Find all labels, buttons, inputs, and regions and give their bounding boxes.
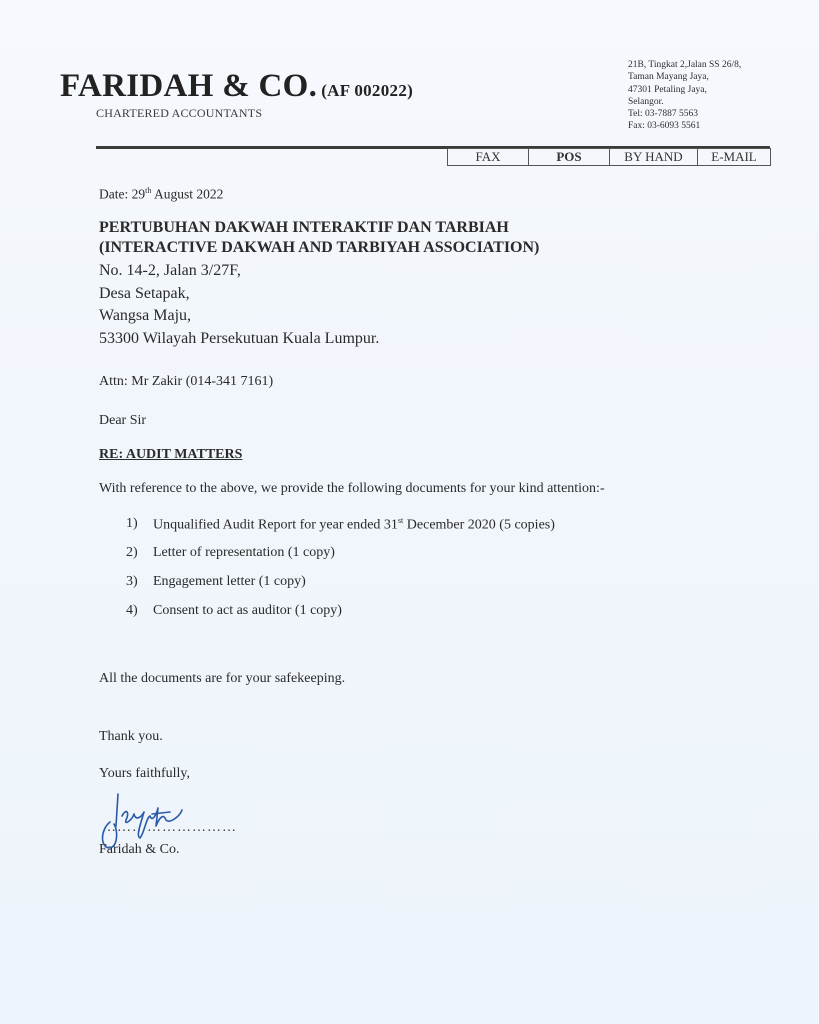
salutation: Dear Sir bbox=[99, 413, 146, 429]
letter-date: Date: 29th August 2022 bbox=[99, 186, 223, 203]
list-text: Unqualified Audit Report for year ended … bbox=[153, 516, 555, 545]
firm-name: FARIDAH & CO.(AF 002022) bbox=[60, 68, 413, 105]
address-line: 21B, Tingkat 2,Jalan SS 26/8, bbox=[628, 59, 741, 71]
delivery-fax: FAX bbox=[448, 149, 529, 165]
list-number: 2) bbox=[126, 545, 153, 574]
firm-name-text: FARIDAH & CO. bbox=[60, 68, 317, 104]
recipient-address-line: 53300 Wilayah Persekutuan Kuala Lumpur. bbox=[99, 328, 379, 351]
recipient-address: No. 14-2, Jalan 3/27F, Desa Setapak, Wan… bbox=[99, 260, 379, 350]
date-prefix: Date: 29 bbox=[99, 187, 145, 202]
recipient-address-line: Desa Setapak, bbox=[99, 283, 379, 306]
list-number: 1) bbox=[126, 516, 153, 545]
address-phone: Tel: 03-7887 5563 bbox=[628, 108, 741, 120]
delivery-pos: POS bbox=[529, 149, 610, 165]
subject-line: RE: AUDIT MATTERS bbox=[99, 447, 242, 463]
recipient-name-line: PERTUBUHAN DAKWAH INTERAKTIF DAN TARBIAH bbox=[99, 218, 539, 238]
firm-address: 21B, Tingkat 2,Jalan SS 26/8, Taman Maya… bbox=[628, 59, 741, 133]
intro-paragraph: With reference to the above, we provide … bbox=[99, 481, 605, 497]
letter-page: FARIDAH & CO.(AF 002022) CHARTERED ACCOU… bbox=[0, 0, 819, 1024]
thank-you: Thank you. bbox=[99, 729, 163, 745]
address-line: Taman Mayang Jaya, bbox=[628, 71, 741, 83]
recipient-address-line: Wangsa Maju, bbox=[99, 305, 379, 328]
list-text: Engagement letter (1 copy) bbox=[153, 574, 306, 603]
delivery-email: E-MAIL bbox=[698, 149, 770, 165]
handwritten-signature-icon bbox=[96, 786, 196, 856]
list-text: Consent to act as auditor (1 copy) bbox=[153, 603, 342, 632]
list-text-part: December 2020 (5 copies) bbox=[403, 518, 555, 533]
firm-registration: (AF 002022) bbox=[321, 81, 413, 100]
list-item: 3) Engagement letter (1 copy) bbox=[126, 574, 555, 603]
list-text-part: Unqualified Audit Report for year ended … bbox=[153, 518, 398, 533]
date-rest: August 2022 bbox=[151, 187, 223, 202]
address-line: 47301 Petaling Jaya, bbox=[628, 84, 741, 96]
attention-line: Attn: Mr Zakir (014-341 7161) bbox=[99, 374, 273, 390]
list-number: 4) bbox=[126, 603, 153, 632]
delivery-method-table: FAX POS BY HAND E-MAIL bbox=[447, 148, 771, 166]
safekeeping-note: All the documents are for your safekeepi… bbox=[99, 671, 345, 687]
list-number: 3) bbox=[126, 574, 153, 603]
recipient-name-line: (INTERACTIVE DAKWAH AND TARBIYAH ASSOCIA… bbox=[99, 238, 539, 258]
list-item: 1) Unqualified Audit Report for year end… bbox=[126, 516, 555, 545]
list-item: 2) Letter of representation (1 copy) bbox=[126, 545, 555, 574]
list-item: 4) Consent to act as auditor (1 copy) bbox=[126, 603, 555, 632]
address-line: Selangor. bbox=[628, 96, 741, 108]
firm-subtitle: CHARTERED ACCOUNTANTS bbox=[96, 106, 262, 121]
address-fax: Fax: 03-6093 5561 bbox=[628, 120, 741, 132]
recipient-address-line: No. 14-2, Jalan 3/27F, bbox=[99, 260, 379, 283]
documents-list: 1) Unqualified Audit Report for year end… bbox=[126, 516, 555, 632]
list-text: Letter of representation (1 copy) bbox=[153, 545, 335, 574]
delivery-by-hand: BY HAND bbox=[610, 149, 698, 165]
recipient-name: PERTUBUHAN DAKWAH INTERAKTIF DAN TARBIAH… bbox=[99, 218, 539, 258]
complimentary-close: Yours faithfully, bbox=[99, 766, 190, 782]
